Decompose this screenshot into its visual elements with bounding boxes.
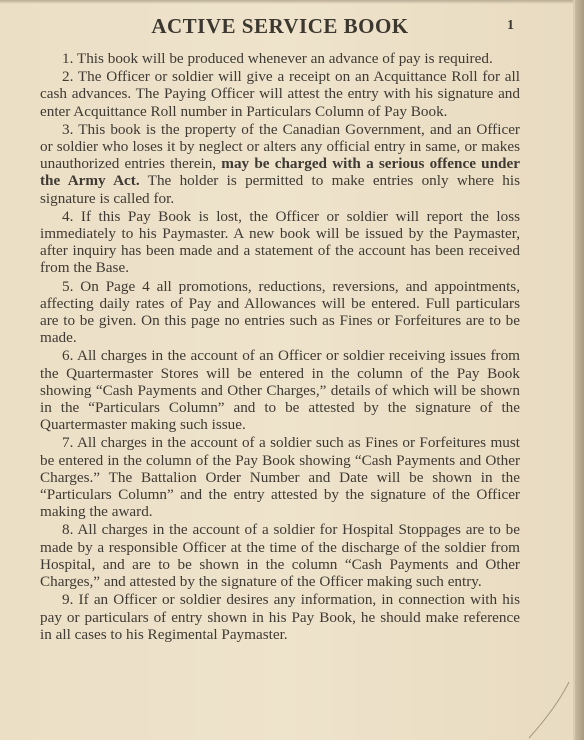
- paragraph-number: 3.: [62, 121, 73, 138]
- paragraph-number: 5.: [62, 278, 73, 295]
- instructions-body: 1. This book will be produced whenever a…: [40, 50, 520, 644]
- page-number: 1: [507, 18, 514, 34]
- paragraph-text: On Page 4 all promotions, reductions, re…: [40, 278, 520, 347]
- paragraph-text: This book will be produced whenever an a…: [77, 50, 493, 67]
- paragraph-text: If an Officer or soldier desires any inf…: [40, 591, 520, 642]
- paragraph-5: 5. On Page 4 all promotions, reductions,…: [40, 278, 520, 347]
- page-title: ACTIVE SERVICE BOOK: [0, 14, 560, 39]
- paragraph-text: All charges in the account of an Officer…: [40, 347, 520, 433]
- paragraph-6: 6. All charges in the account of an Offi…: [40, 347, 520, 433]
- paragraph-7: 7. All charges in the account of a soldi…: [40, 434, 520, 520]
- paragraph-text: All charges in the account of a soldier …: [40, 434, 520, 520]
- paragraph-text: If this Pay Book is lost, the Officer or…: [40, 208, 520, 277]
- pencil-mark-icon: [525, 680, 575, 740]
- paragraph-2: 2. The Officer or soldier will give a re…: [40, 68, 520, 120]
- paragraph-1: 1. This book will be produced whenever a…: [40, 50, 520, 67]
- top-edge-shadow: [0, 0, 573, 4]
- paragraph-number: 6.: [62, 347, 73, 364]
- paragraph-3: 3. This book is the property of the Cana…: [40, 121, 520, 207]
- book-page: ACTIVE SERVICE BOOK 1 1. This book will …: [0, 0, 573, 740]
- paragraph-4: 4. If this Pay Book is lost, the Officer…: [40, 208, 520, 277]
- paragraph-number: 7.: [62, 434, 73, 451]
- paragraph-text: All charges in the account of a soldier …: [40, 521, 520, 590]
- paragraph-number: 1.: [62, 50, 73, 67]
- paragraph-number: 9.: [62, 591, 73, 608]
- paragraph-number: 8.: [62, 521, 73, 538]
- page-edge-highlight: [573, 0, 575, 740]
- paragraph-number: 2.: [62, 68, 73, 85]
- paragraph-number: 4.: [62, 208, 73, 225]
- paragraph-9: 9. If an Officer or soldier desires any …: [40, 591, 520, 643]
- book-spine-edge: [573, 0, 584, 740]
- paragraph-8: 8. All charges in the account of a soldi…: [40, 521, 520, 590]
- paragraph-text: The Officer or soldier will give a recei…: [40, 68, 520, 119]
